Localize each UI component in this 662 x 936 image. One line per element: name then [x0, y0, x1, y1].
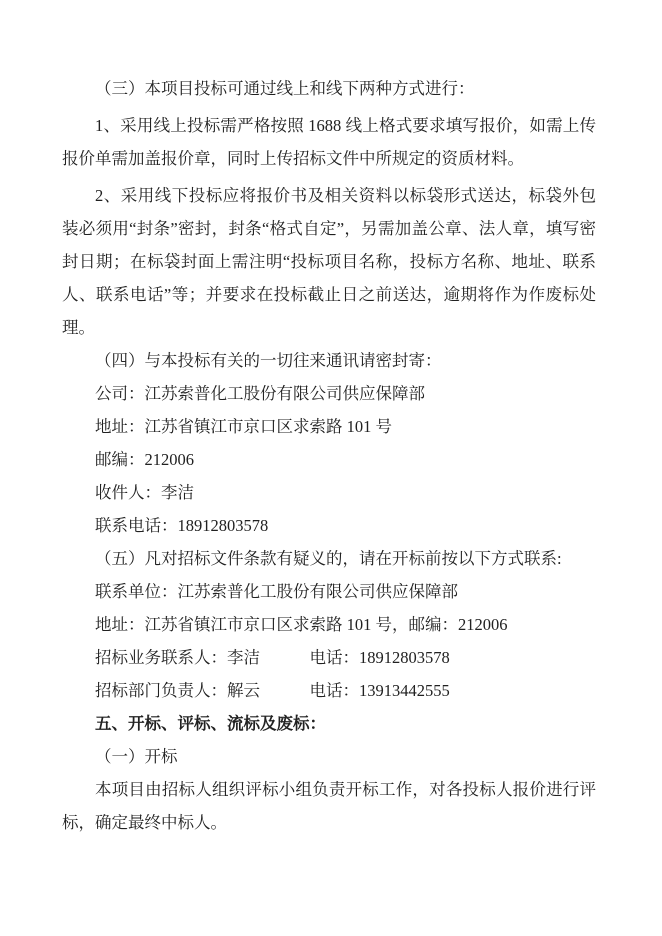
line-company: 公司：江苏索普化工股份有限公司供应保障部	[62, 377, 596, 410]
line-dept-head: 招标部门负责人：解云 电话：13913442555	[62, 674, 596, 707]
subsection-1-heading: （一）开标	[62, 740, 596, 773]
line-address: 地址：江苏省镇江市京口区求索路 101 号	[62, 410, 596, 443]
line-recipient: 收件人：李洁	[62, 476, 596, 509]
line-contact-phone: 联系电话：18912803578	[62, 509, 596, 542]
para-bid-opening: 本项目由招标人组织评标小组负责开标工作，对各投标人报价进行评标，确定最终中标人。	[62, 773, 596, 839]
line-address-postcode: 地址：江苏省镇江市京口区求索路 101 号，邮编：212006	[62, 608, 596, 641]
document-body: （三）本项目投标可通过线上和线下两种方式进行： 1、采用线上投标需严格按照 16…	[0, 0, 662, 839]
section-3-heading: （三）本项目投标可通过线上和线下两种方式进行：	[62, 72, 596, 105]
line-contact-unit: 联系单位：江苏索普化工股份有限公司供应保障部	[62, 575, 596, 608]
para-offline-bidding: 2、采用线下投标应将报价书及相关资料以标袋形式送达，标袋外包装必须用“封条”密封…	[62, 179, 596, 344]
section-5-heading: （五）凡对招标文件条款有疑义的，请在开标前按以下方式联系:	[62, 542, 596, 575]
document-page: （三）本项目投标可通过线上和线下两种方式进行： 1、采用线上投标需严格按照 16…	[0, 0, 662, 936]
chapter-5-heading: 五、开标、评标、流标及废标：	[62, 707, 596, 740]
line-postcode: 邮编：212006	[62, 443, 596, 476]
para-online-bidding: 1、采用线上投标需严格按照 1688 线上格式要求填写报价，如需上传报价单需加盖…	[62, 109, 596, 175]
line-bid-contact: 招标业务联系人：李洁 电话：18912803578	[62, 641, 596, 674]
section-4-heading: （四）与本投标有关的一切往来通讯请密封寄：	[62, 344, 596, 377]
